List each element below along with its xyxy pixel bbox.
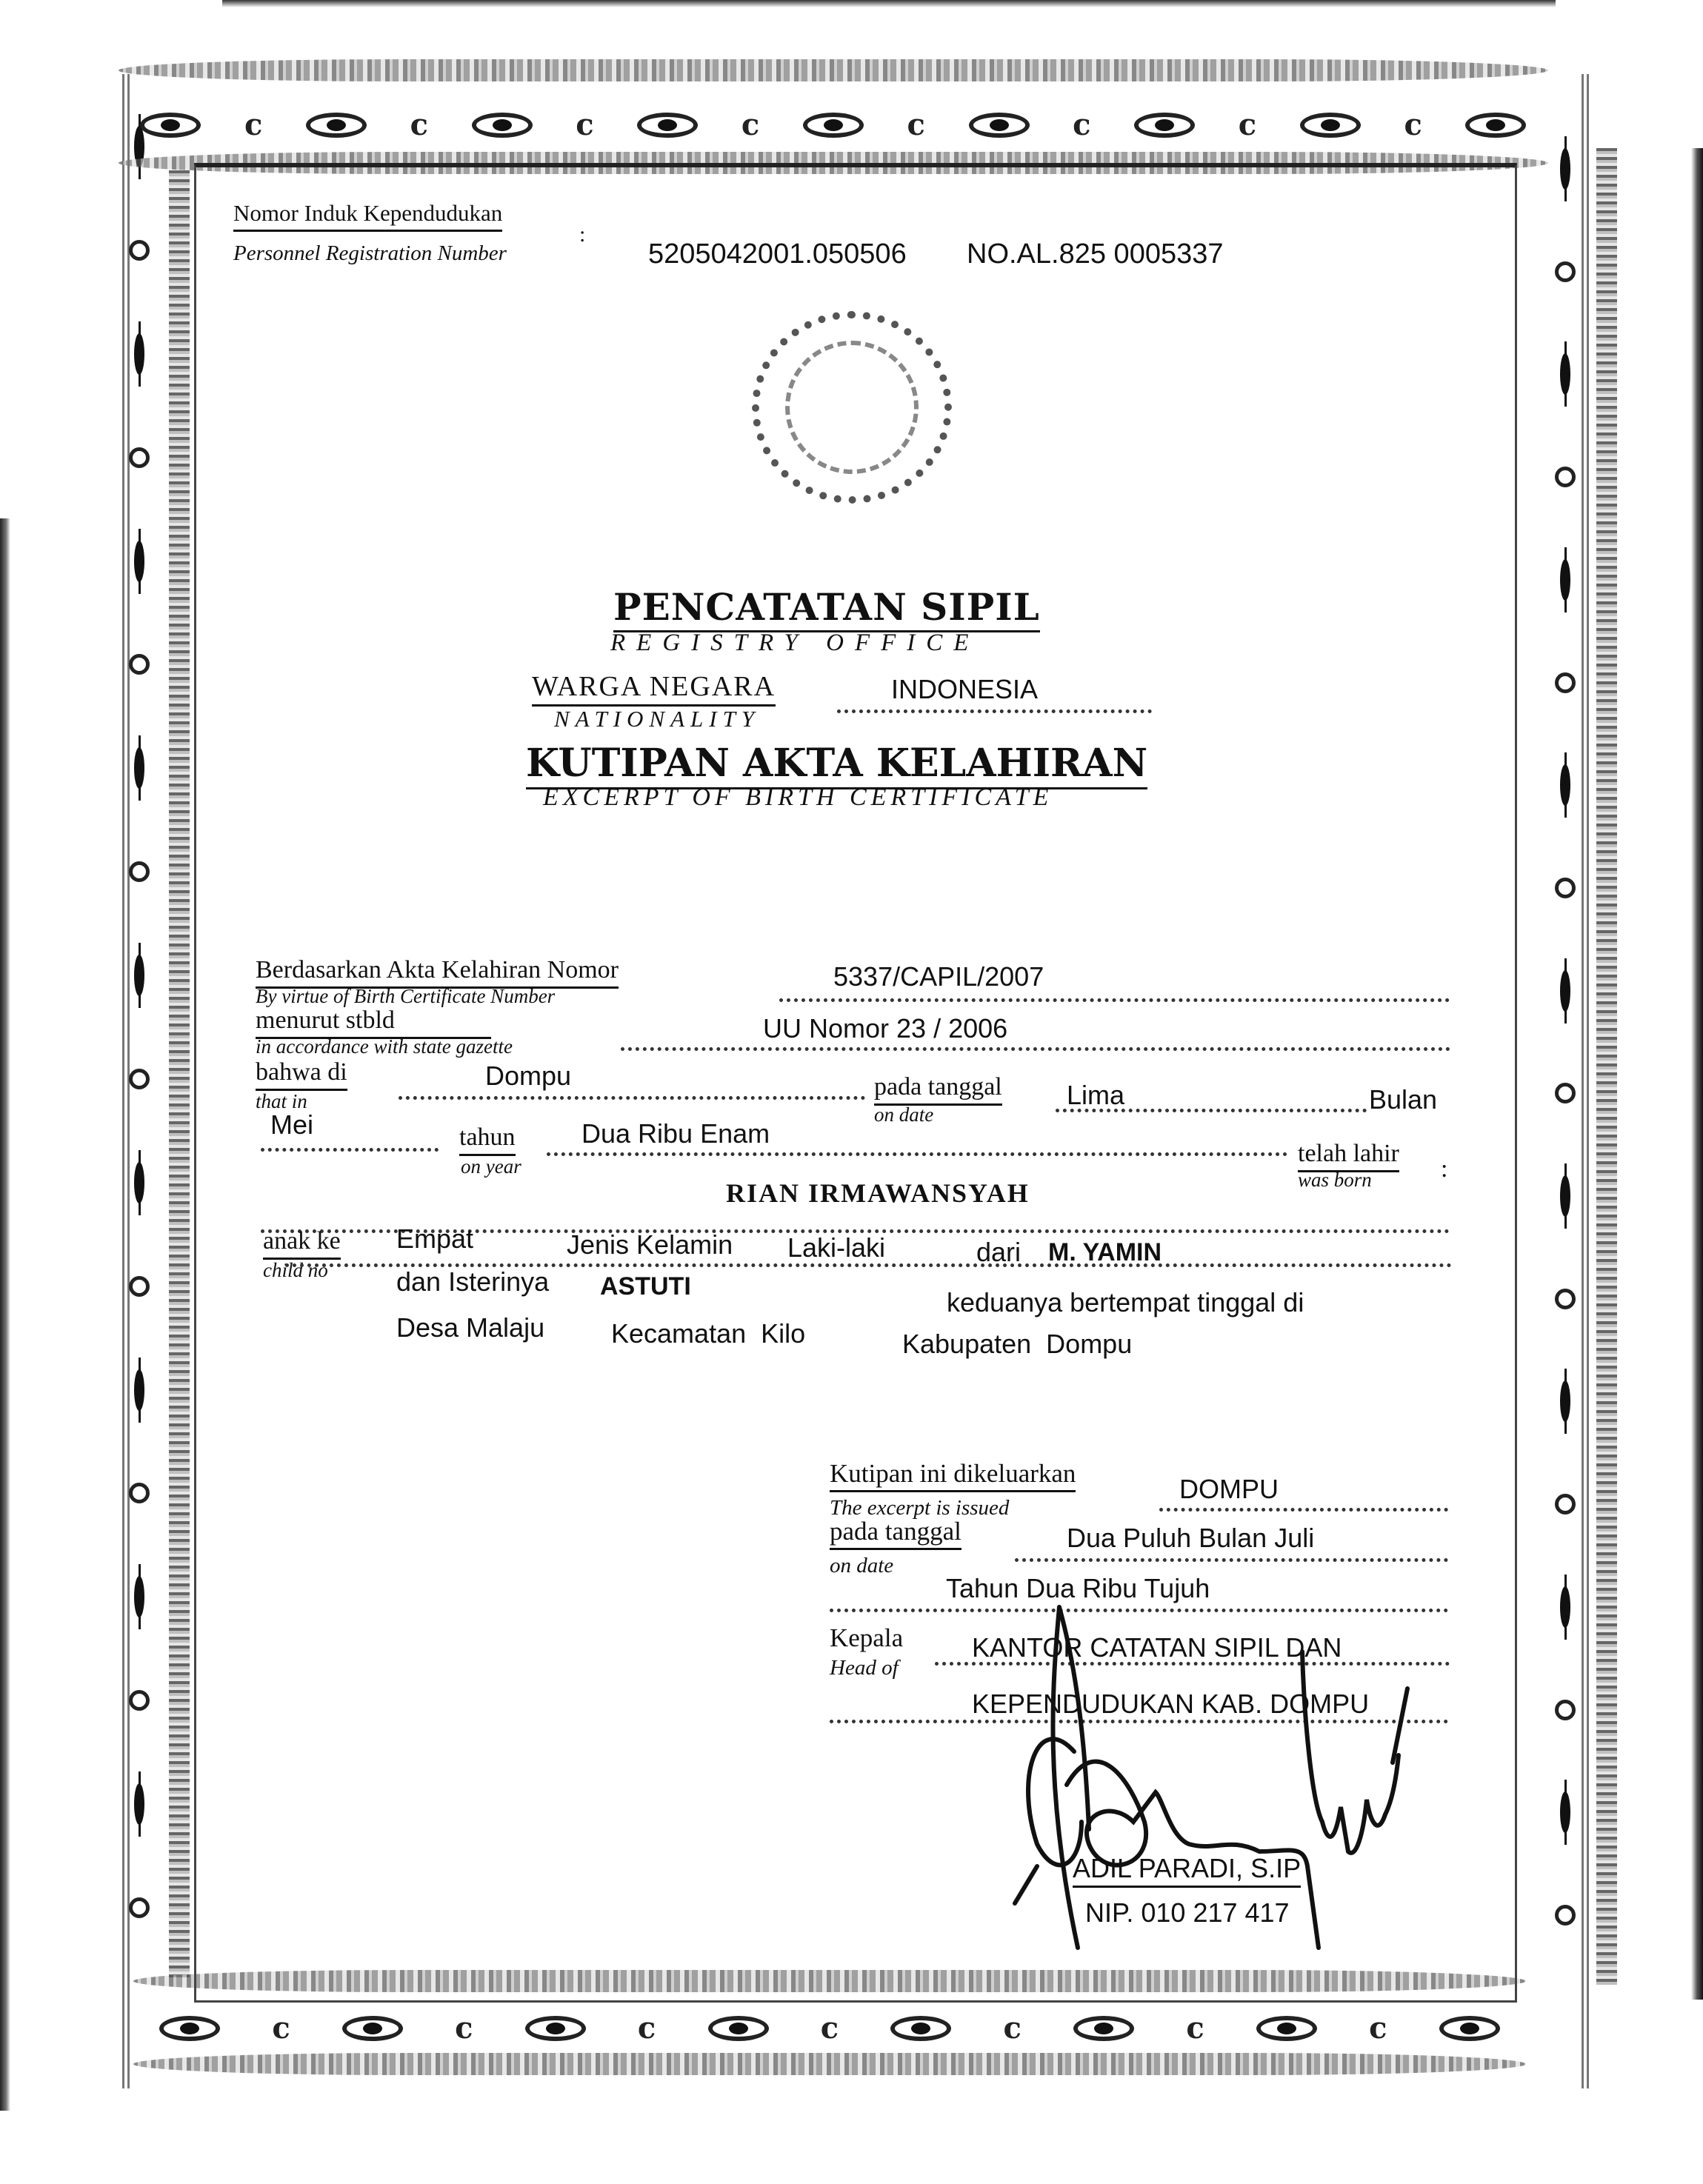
ring-ornament-icon	[129, 654, 150, 675]
cert-number-label: Berdasarkan Akta Kelahiran Nomor	[256, 955, 619, 989]
dotted-line	[547, 1152, 1287, 1156]
spindle-ornament-icon	[134, 1576, 144, 1617]
stbld-label: menurut stbld	[256, 1006, 491, 1039]
left-hatch-border	[169, 170, 190, 1977]
ring-ornament-icon	[1555, 467, 1576, 487]
ring-ornament-icon	[129, 1276, 150, 1297]
spindle-ornament-icon	[1560, 1791, 1570, 1833]
ring-ornament-icon	[129, 447, 150, 468]
document-title: KUTIPAN AKTA KELAHIRAN	[526, 741, 1147, 789]
nationality-label: WARGA NEGARA	[532, 670, 776, 707]
spindle-ornament-icon	[134, 1369, 144, 1411]
dotted-line	[399, 1096, 865, 1100]
ring-ornament-icon	[1555, 878, 1576, 898]
month-word: Bulan	[1369, 1084, 1437, 1115]
ring-ornament-icon	[129, 1690, 150, 1711]
ring-ornament-icon	[129, 1483, 150, 1503]
head-label-en: Head of	[830, 1656, 899, 1680]
page-edge-right	[1691, 148, 1703, 2000]
born-label: telah lahir	[1298, 1139, 1399, 1172]
right-hatch-border	[1596, 148, 1617, 1985]
ring-ornament-icon	[1555, 1494, 1576, 1515]
ring-ornament-icon	[129, 1897, 150, 1918]
office-title-en: REGISTRY OFFICE	[610, 630, 979, 657]
official-name: ADIL PARADI, S.IP	[1073, 1853, 1301, 1888]
spindle-ornament-icon	[1560, 970, 1570, 1012]
dotted-line	[261, 1148, 439, 1152]
spindle-ornament-icon	[134, 747, 144, 789]
issued-date-line1: Dua Puluh Bulan Juli	[1067, 1523, 1314, 1554]
registration-number: NO.AL.825 0005337	[967, 238, 1224, 270]
ring-ornament-icon	[129, 861, 150, 882]
birth-year-label-en: on year	[461, 1155, 521, 1178]
issued-date-label: pada tanggal	[830, 1517, 962, 1550]
child-name: RIAN IRMAWANSYAH	[726, 1178, 1030, 1209]
document-title-en: EXCERPT OF BIRTH CERTIFICATE	[543, 784, 1053, 812]
child-number-label-en: child no	[263, 1259, 328, 1281]
page-edge-left	[0, 518, 10, 2111]
ring-ornament-icon	[1555, 1700, 1576, 1720]
stbld-value: UU Nomor 23 / 2006	[763, 1013, 1007, 1044]
spindle-ornament-icon	[1560, 1175, 1570, 1217]
dotted-line	[621, 1047, 1450, 1051]
seal-inner-ring	[785, 341, 919, 474]
ring-ornament-icon	[129, 1069, 150, 1089]
nationality-dotted-line	[837, 709, 1152, 713]
birth-date-label-en: on date	[874, 1103, 933, 1126]
official-nip: NIP. 010 217 417	[1085, 1897, 1290, 1928]
right-ornament-column	[1550, 148, 1580, 1926]
nik-label: Nomor Induk Kependudukan	[233, 198, 502, 232]
dotted-line	[779, 998, 1450, 1002]
spindle-ornament-icon	[134, 333, 144, 375]
dotted-line	[1159, 1508, 1448, 1512]
child-number-label: anak ke	[263, 1226, 341, 1260]
spindle-ornament-icon	[134, 541, 144, 582]
birth-date-label: pada tanggal	[874, 1072, 1002, 1106]
born-label-en: was born	[1298, 1169, 1372, 1191]
nik-label-en: Personnel Registration Number	[233, 241, 507, 266]
ring-ornament-icon	[1555, 1289, 1576, 1309]
nationality-label-en: NATIONALITY	[554, 706, 760, 732]
birth-month-value: Mei	[270, 1109, 313, 1141]
spindle-ornament-icon	[1560, 764, 1570, 806]
left-ornament-column	[124, 126, 154, 1918]
child-number-value: Empat	[396, 1223, 473, 1255]
regency-value: Kabupaten Dompu	[902, 1329, 1132, 1360]
spindle-ornament-icon	[134, 1783, 144, 1825]
spindle-ornament-icon	[1560, 1380, 1570, 1422]
birth-day-value: Lima	[1067, 1080, 1124, 1111]
issued-date-label-en: on date	[830, 1554, 893, 1578]
birth-place-value: Dompu	[485, 1061, 571, 1092]
cert-number-label-en: By virtue of Birth Certificate Number	[256, 985, 555, 1007]
issued-place-value: DOMPU	[1179, 1474, 1279, 1505]
issued-label: Kutipan ini dikeluarkan	[830, 1459, 1076, 1492]
head-label: Kepala	[830, 1623, 903, 1653]
birth-year-value: Dua Ribu Enam	[581, 1118, 770, 1149]
ring-ornament-icon	[1555, 1905, 1576, 1926]
born-colon: :	[1441, 1155, 1447, 1183]
sex-value: Laki-laki	[787, 1232, 885, 1263]
spindle-ornament-icon	[134, 1162, 144, 1203]
nik-colon: :	[579, 222, 585, 247]
spindle-ornament-icon	[1560, 559, 1570, 601]
nationality-value: INDONESIA	[891, 674, 1038, 705]
dotted-line	[1015, 1558, 1448, 1562]
birth-year-label: tahun	[459, 1123, 516, 1156]
sex-label: Jenis Kelamin	[567, 1229, 733, 1260]
ring-ornament-icon	[1555, 672, 1576, 693]
top-ornament-band: cccccccc	[119, 59, 1548, 178]
page-edge-top	[222, 0, 1556, 7]
stbld-label-en: in accordance with state gazette	[256, 1035, 513, 1058]
dotted-line	[1056, 1109, 1367, 1112]
spindle-ornament-icon	[1560, 148, 1570, 190]
district-value: Kecamatan Kilo	[611, 1318, 805, 1349]
spindle-ornament-icon	[134, 955, 144, 996]
office-title: PENCATATAN SIPIL	[613, 585, 1040, 632]
spindle-ornament-icon	[1560, 353, 1570, 395]
spindle-ornament-icon	[1560, 1586, 1570, 1628]
ring-ornament-icon	[129, 240, 150, 261]
residence-label: keduanya bertempat tinggal di	[947, 1287, 1304, 1318]
ring-ornament-icon	[1555, 1083, 1576, 1103]
mother-label: dan Isterinya	[396, 1266, 549, 1298]
ring-ornament-icon	[1555, 261, 1576, 282]
mother-value: ASTUTI	[600, 1272, 691, 1301]
birth-place-label: bahwa di	[256, 1058, 347, 1091]
nik-value: 5205042001.050506	[648, 238, 907, 270]
cert-number-value: 5337/CAPIL/2007	[833, 961, 1044, 992]
village-value: Desa Malaju	[396, 1312, 544, 1343]
